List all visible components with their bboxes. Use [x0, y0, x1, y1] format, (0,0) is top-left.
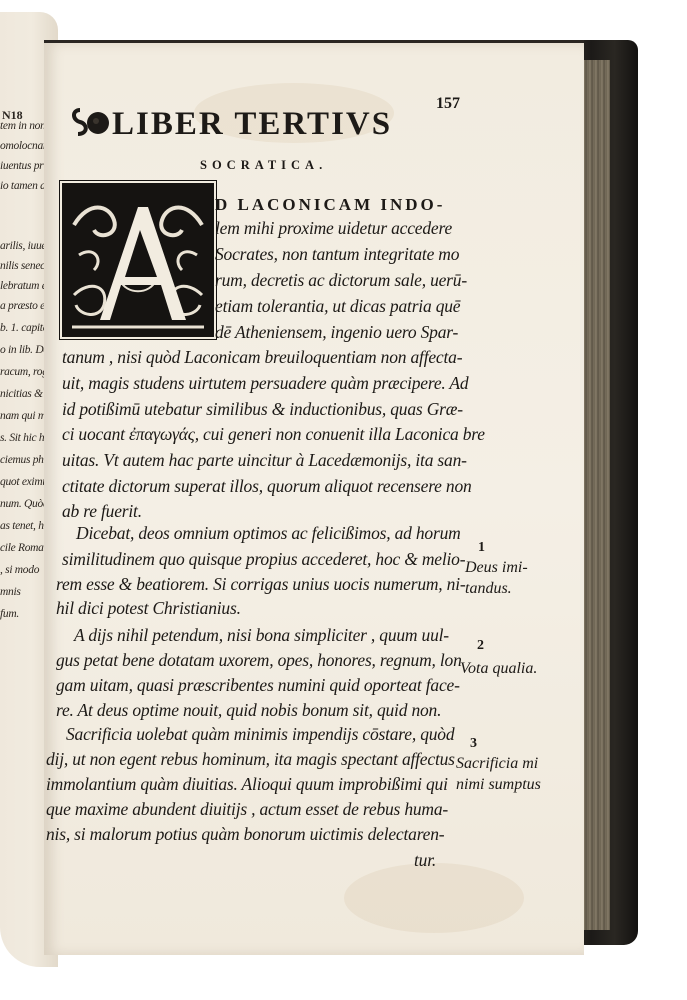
margin-note: tandus.: [465, 580, 512, 598]
body-line: uitas. Vt autem hac parte uincitur à Lac…: [62, 450, 467, 471]
ornament-icon: [70, 106, 110, 138]
running-title: LIBER TERTIVS: [70, 106, 490, 143]
margin-note: Vota qualia.: [460, 660, 537, 678]
body-line: Sacrificia uolebat quàm minimis impendij…: [66, 724, 454, 745]
body-line: nis, si malorum potius quàm bonorum uict…: [46, 824, 444, 845]
body-line: tanum , nisi quòd Laconicam breuiloquent…: [62, 347, 462, 368]
left-page-line: fum.: [0, 608, 19, 620]
page-fore-edge: [582, 60, 610, 930]
margin-note-number: 3: [470, 736, 477, 752]
paper-stain: [344, 863, 524, 933]
body-line: rem esse & beatiorem. Si corrigas unius …: [56, 574, 466, 595]
body-line: ci uocant ἐπαγωγάς, cui generi non conue…: [62, 424, 485, 445]
section-subtitle: SOCRATICA.: [200, 158, 327, 173]
body-line: Dicebat, deos omnium optimos ac felicißi…: [76, 523, 461, 544]
body-line: similitudinem quo quisque propius accede…: [62, 549, 465, 570]
margin-note-number: 2: [477, 638, 484, 654]
body-line: dij, ut non egent rebus hominum, ita mag…: [46, 749, 455, 770]
body-line: dē Atheniensem, ingenio uero Spar-: [215, 322, 458, 343]
margin-note: Deus imi-: [465, 559, 528, 577]
body-line: id potißimū utebatur similibus & inducti…: [62, 399, 463, 420]
body-line: tur.: [414, 850, 436, 871]
body-line: que maxime abundent diuitijs , actum ess…: [46, 799, 448, 820]
body-line: Socrates, non tantum integritate mo: [215, 244, 459, 265]
running-title-text: LIBER TERTIVS: [112, 106, 392, 142]
body-line-0: D LACONICAM INDO-: [215, 194, 445, 215]
body-line: ab re fuerit.: [62, 501, 142, 522]
margin-note: Sacrificia mi: [456, 755, 538, 773]
left-page-line: mnis: [0, 586, 21, 598]
body-line: gam uitam, quasi præscribentes numini qu…: [56, 675, 460, 696]
body-line: uit, magis studens uirtutem persuadere q…: [62, 373, 468, 394]
woodcut-initial-a: A: [62, 183, 214, 337]
body-line: ctitate dictorum superat illos, quorum a…: [62, 476, 472, 497]
body-line: re. At deus optime nouit, quid nobis bon…: [56, 700, 441, 721]
body-line: immolantium quàm diuitias. Alioqui quum …: [46, 774, 448, 795]
margin-note-number: 1: [478, 540, 485, 556]
body-line: A dijs nihil petendum, nisi bona simplic…: [74, 625, 449, 646]
body-line: rum, decretis ac dictorum sale, uerū-: [215, 270, 467, 291]
left-page-line: , si modo: [0, 564, 39, 576]
body-line: etiam tolerantia, ut dicas patria quē: [215, 296, 460, 317]
left-page-line: cile Roma-: [0, 542, 47, 554]
body-line: hil dici potest Christianius.: [56, 598, 241, 619]
body-line: lem mihi proxime uidetur accedere: [215, 218, 452, 239]
margin-note: nimi sumptus: [456, 776, 541, 794]
body-line: gus petat bene dotatam uxorem, opes, hon…: [56, 650, 462, 671]
